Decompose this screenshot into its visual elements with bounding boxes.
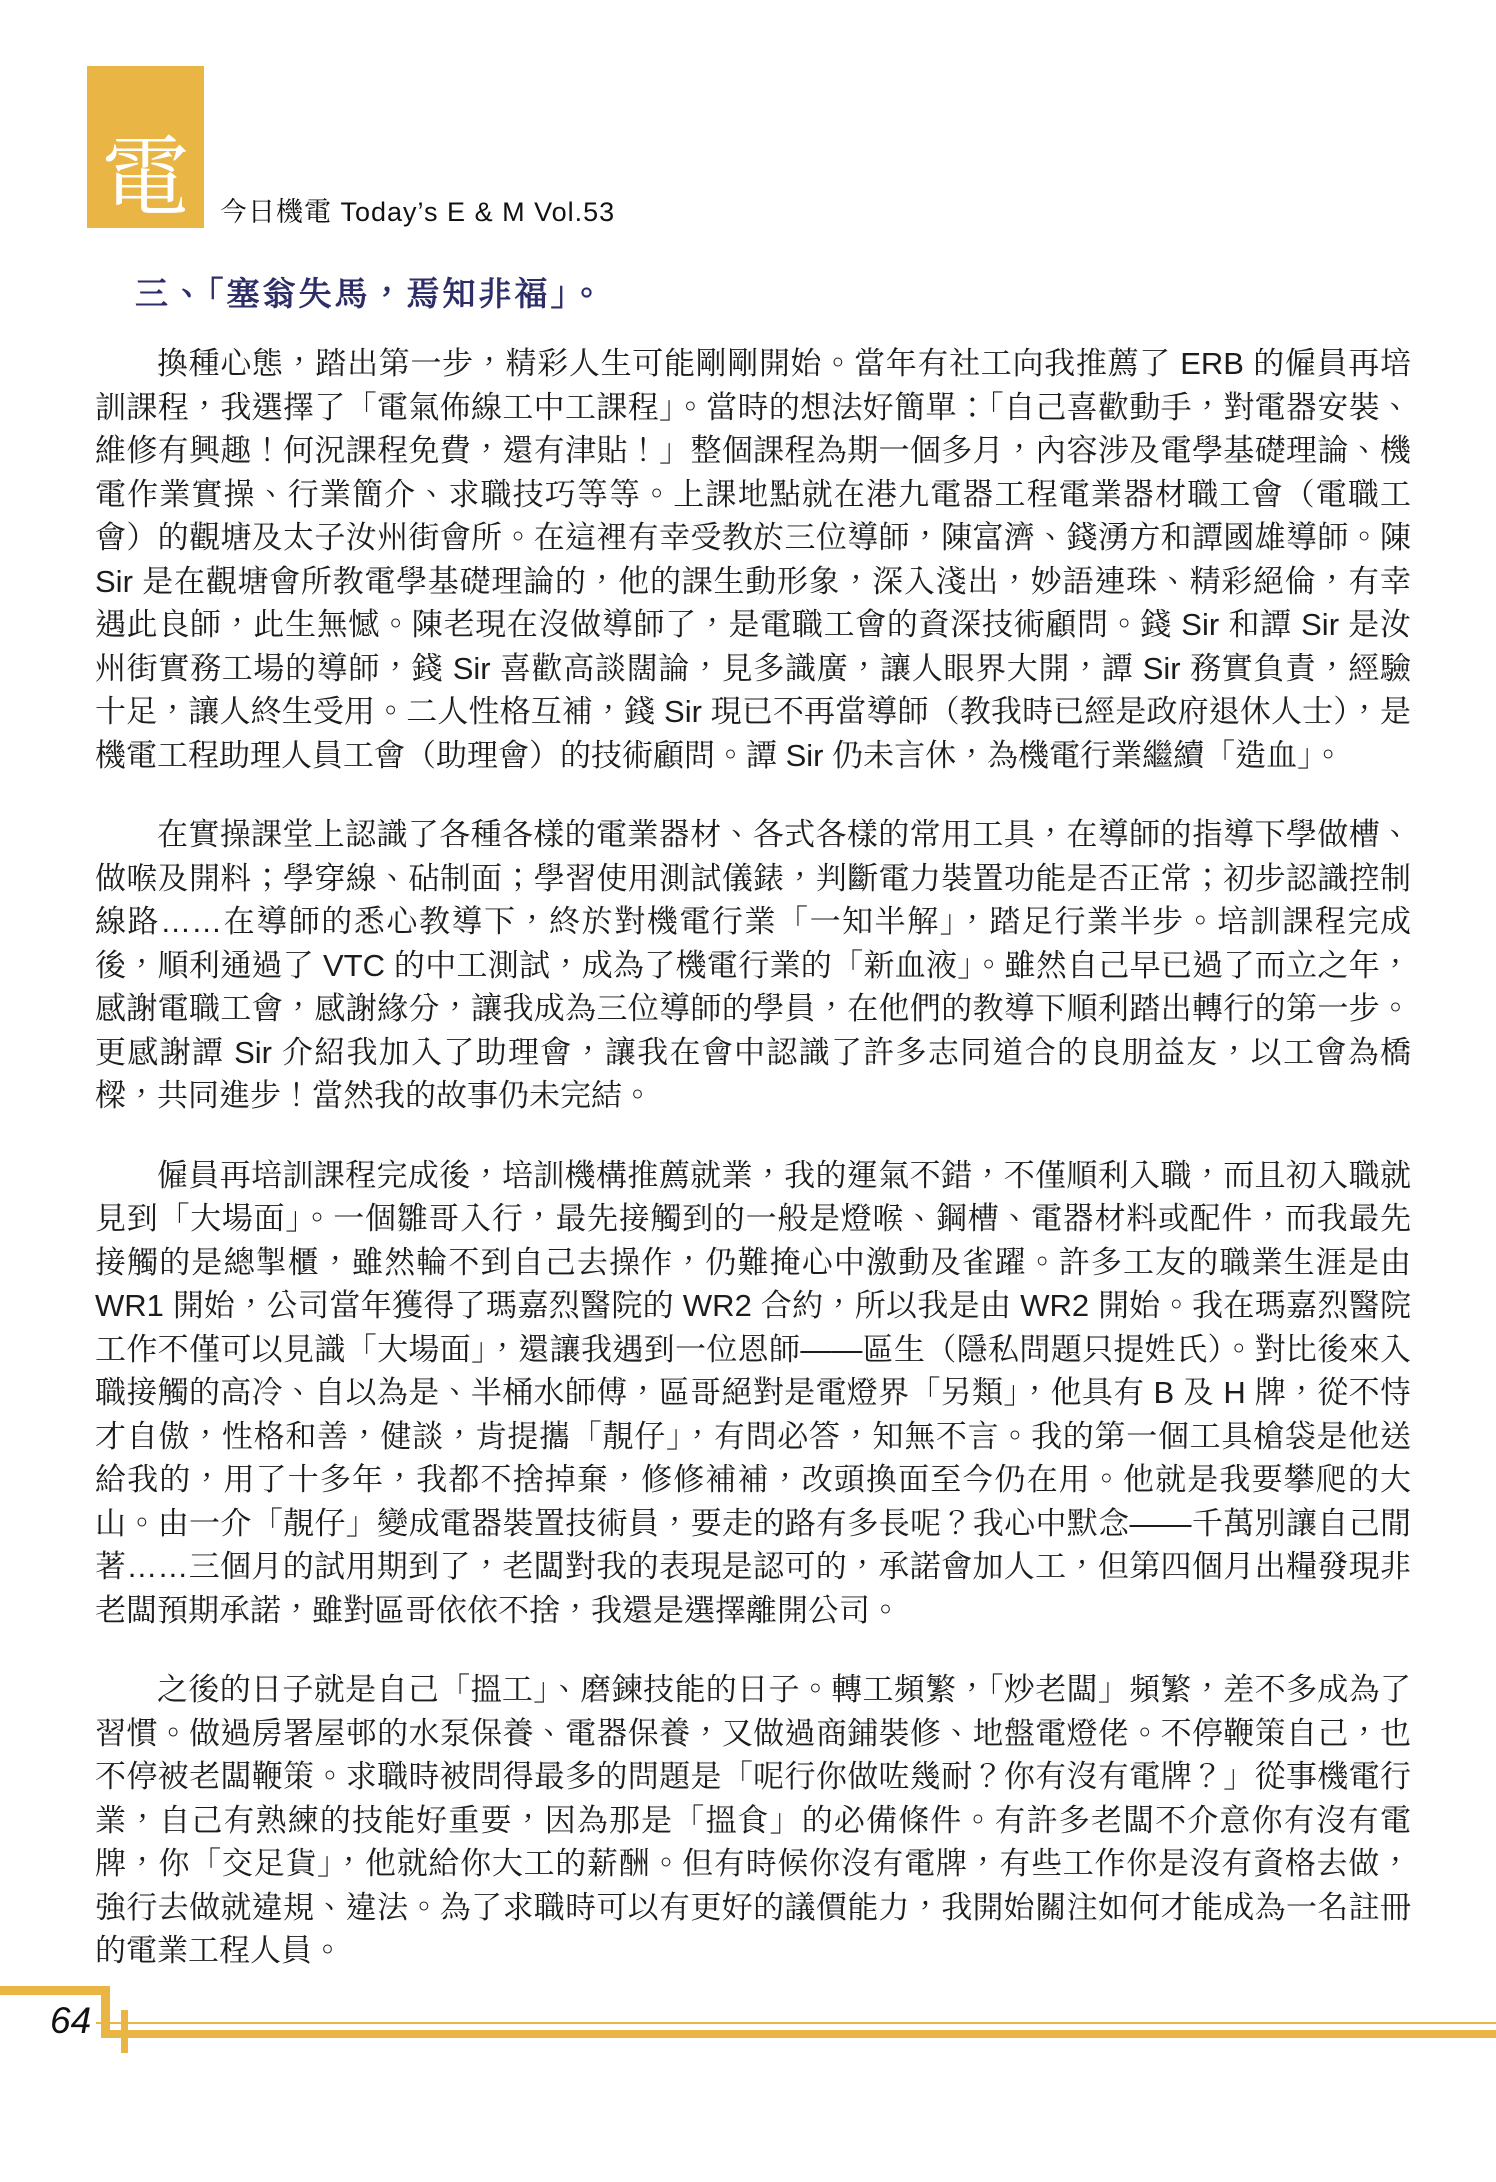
paragraph-2: 在實操課堂上認識了各種各樣的電業器材、各式各樣的常用工具，在導師的指導下學做槽、… <box>95 813 1411 1118</box>
logo-character: 電 <box>101 134 189 228</box>
page-number: 64 <box>50 2000 91 2042</box>
footer-gold-hairline <box>96 2022 1496 2024</box>
paragraph-4: 之後的日子就是自己「搵工」、磨鍊技能的日子。轉工頻繁，「炒老闆」頻繁，差不多成為… <box>95 1668 1411 1973</box>
header-title: 今日機電 Today’s E & M Vol.53 <box>220 190 615 229</box>
section-heading: 三、「塞翁失馬，焉知非福」。 <box>135 268 1411 315</box>
article-content: 三、「塞翁失馬，焉知非福」。 換種心態，踏出第一步，精彩人生可能剛剛開始。當年有… <box>95 268 1411 2009</box>
paragraph-3: 僱員再培訓課程完成後，培訓機構推薦就業，我的運氣不錯，不僅順利入職，而且初入職就… <box>95 1154 1411 1633</box>
footer-gold-bar-top <box>0 1986 110 1995</box>
magazine-logo: 電 <box>87 66 204 228</box>
magazine-page: 電 今日機電 Today’s E & M Vol.53 三、「塞翁失馬，焉知非福… <box>0 0 1496 2182</box>
paragraph-1: 換種心態，踏出第一步，精彩人生可能剛剛開始。當年有社工向我推薦了 ERB 的僱員… <box>95 342 1411 777</box>
footer-gold-tick <box>121 2010 128 2053</box>
footer-gold-bar-long <box>101 2030 1496 2038</box>
